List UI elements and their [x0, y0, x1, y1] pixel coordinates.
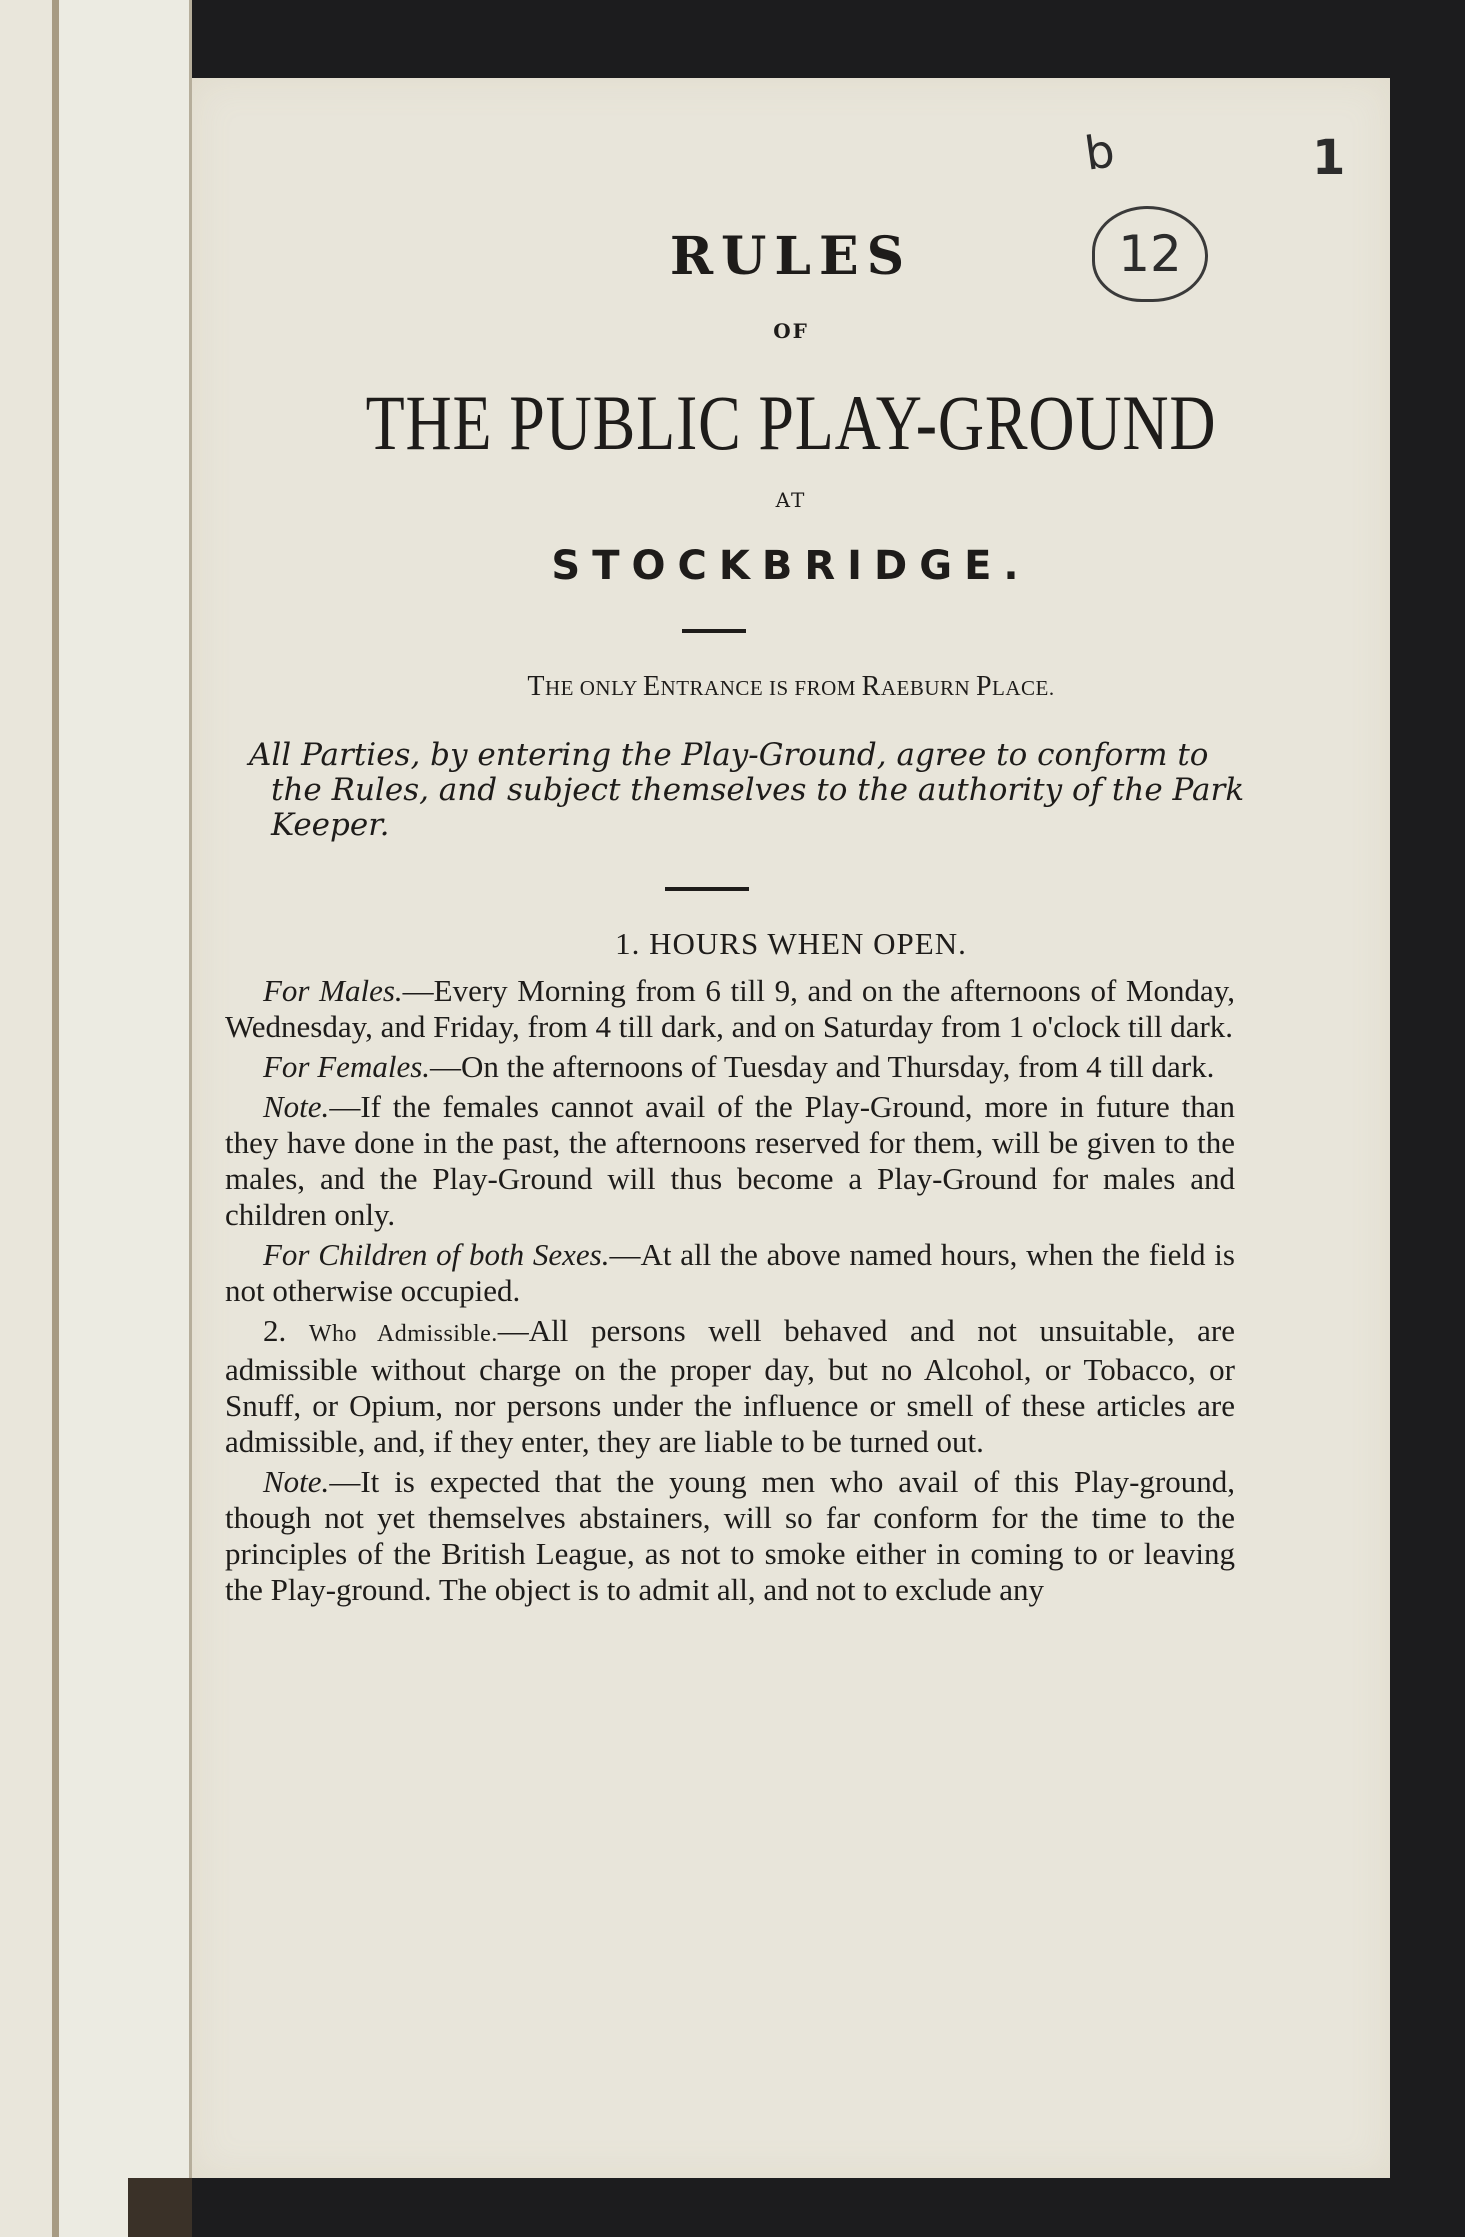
page-title: THE PUBLIC PLAY-GROUND [300, 378, 1282, 468]
entrance-text: HE ONLY [545, 676, 643, 700]
entrance-text: R [862, 671, 881, 702]
section-heading-admissible: Who Admissible. [309, 1321, 498, 1347]
underlying-page [59, 0, 189, 2237]
section-number: 2. [263, 1313, 309, 1348]
title-place: STOCKBRIDGE. [192, 543, 1390, 589]
paragraph-females: For Females.—On the afternoons of Tuesda… [225, 1049, 1235, 1085]
page-gutter-shadow [52, 0, 59, 2237]
adjacent-page-edges [0, 0, 192, 2237]
preamble-line: Keeper. [249, 808, 1259, 843]
paragraph-label: For Children of both Sexes. [263, 1237, 609, 1272]
paragraph-label: Note. [263, 1464, 329, 1499]
paragraph-label: Note. [263, 1089, 329, 1124]
entrance-text: NTRANCE IS FROM [661, 676, 862, 700]
preamble-line: All Parties, by entering the Play-Ground… [249, 737, 1208, 773]
paragraph-note-young-men: Note.—It is expected that the young men … [225, 1464, 1235, 1608]
entrance-notice: THE ONLY ENTRANCE IS FROM RAEBURN PLACE. [192, 671, 1390, 703]
entrance-text: LACE. [992, 676, 1055, 700]
divider-rule [665, 887, 749, 891]
paragraph-text: —On the afternoons of Tuesday and Thursd… [430, 1049, 1214, 1084]
title-rules: RULES [192, 226, 1390, 287]
paragraph-who-admissible: 2. Who Admissible.—All persons well beha… [225, 1313, 1235, 1460]
handwritten-mark-1: 1 [1312, 130, 1345, 186]
handwritten-mark-b: b [1081, 123, 1117, 181]
title-of: OF [192, 319, 1390, 343]
paragraph-children: For Children of both Sexes.—At all the a… [225, 1237, 1235, 1309]
preamble-paragraph: All Parties, by entering the Play-Ground… [249, 738, 1259, 843]
entrance-text: T [527, 671, 545, 702]
title-at: AT [192, 488, 1390, 512]
paragraph-males: For Males.—Every Morning from 6 till 9, … [225, 973, 1235, 1045]
rules-body: For Males.—Every Morning from 6 till 9, … [225, 973, 1235, 1612]
paragraph-label: For Males. [263, 973, 403, 1008]
paragraph-text: —If the females cannot avail of the Play… [225, 1089, 1235, 1232]
entrance-text: E [643, 671, 661, 702]
corner-shadow [128, 2178, 192, 2237]
divider-rule [682, 629, 746, 633]
document-page: b 1 12 RULES OF THE PUBLIC PLAY-GROUND A… [192, 78, 1390, 2178]
paragraph-note-females: Note.—If the females cannot avail of the… [225, 1089, 1235, 1233]
paragraph-text: —It is expected that the young men who a… [225, 1464, 1235, 1607]
section-heading-hours: 1. HOURS WHEN OPEN. [192, 926, 1390, 962]
preamble-line: the Rules, and subject themselves to the… [249, 773, 1259, 808]
entrance-text: P [976, 671, 992, 702]
paragraph-label: For Females. [263, 1049, 430, 1084]
entrance-text: AEBURN [881, 676, 976, 700]
